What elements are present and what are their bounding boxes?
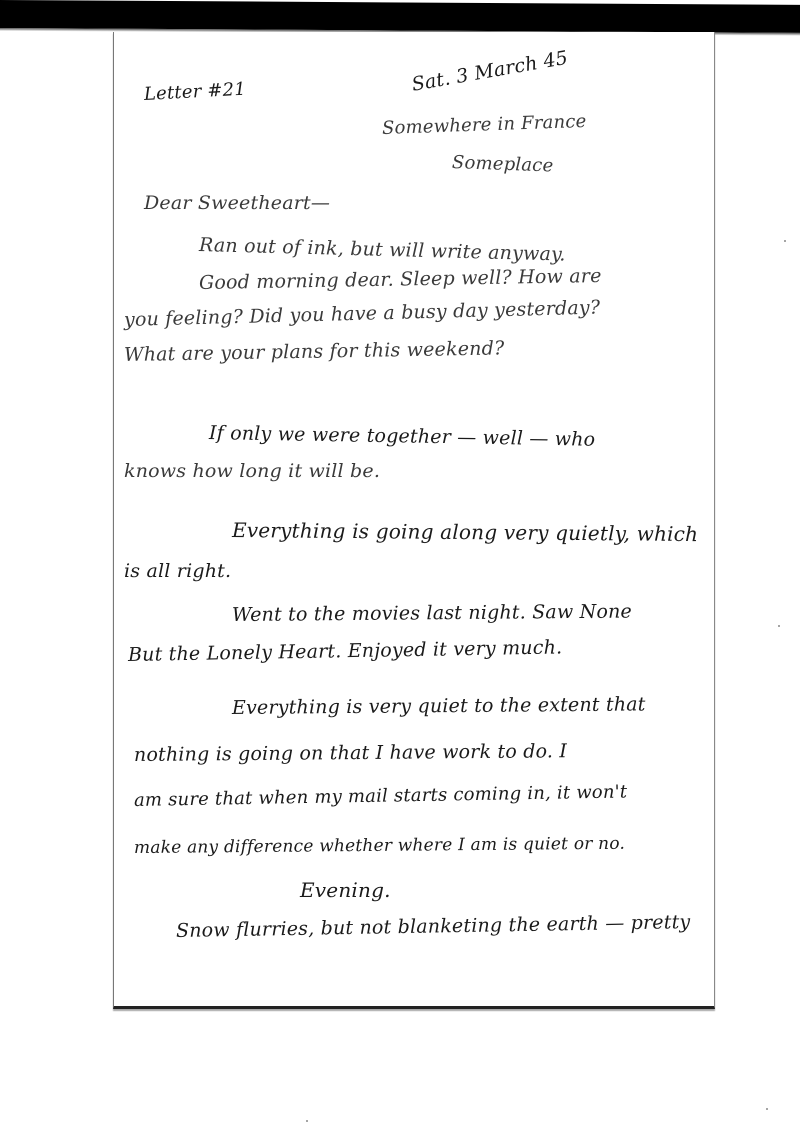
scan-speck [306, 1120, 308, 1122]
letter-line: Everything is very quiet to the extent t… [232, 693, 646, 719]
letter-line: am sure that when my mail starts coming … [134, 781, 628, 811]
letter-line: Everything is going along very quietly, … [232, 518, 698, 546]
letter-line: Good morning dear. Sleep well? How are [199, 265, 602, 294]
letter-location-line2: Someplace [452, 152, 554, 177]
scan-speck [766, 1108, 768, 1110]
letter-section-evening: Evening. [300, 878, 391, 902]
letter-page: Letter #21 Sat. 3 March 45 Somewhere in … [113, 32, 715, 1009]
letter-number: Letter #21 [143, 79, 246, 105]
letter-line: nothing is going on that I have work to … [134, 740, 567, 766]
letter-date: Sat. 3 March 45 [410, 47, 570, 96]
letter-location-line1: Somewhere in France [382, 111, 587, 139]
letter-line: Went to the movies last night. Saw None [232, 601, 632, 626]
letter-line: you feeling? Did you have a busy day yes… [124, 297, 601, 331]
letter-line: Ran out of ink, but will write anyway. [199, 234, 566, 266]
letter-line: But the Lonely Heart. Enjoyed it very mu… [128, 636, 563, 666]
letter-line: make any difference whether where I am i… [134, 834, 625, 858]
letter-salutation: Dear Sweetheart— [144, 192, 330, 214]
scan-top-black-bar [0, 0, 800, 33]
letter-line: knows how long it will be. [124, 460, 380, 482]
letter-line: is all right. [124, 560, 231, 582]
letter-line: If only we were together — well — who [209, 422, 596, 451]
letter-line: Snow flurries, but not blanketing the ea… [176, 911, 691, 942]
scan-speck [784, 240, 786, 242]
letter-line: What are your plans for this weekend? [124, 337, 505, 366]
scan-speck [778, 625, 780, 627]
